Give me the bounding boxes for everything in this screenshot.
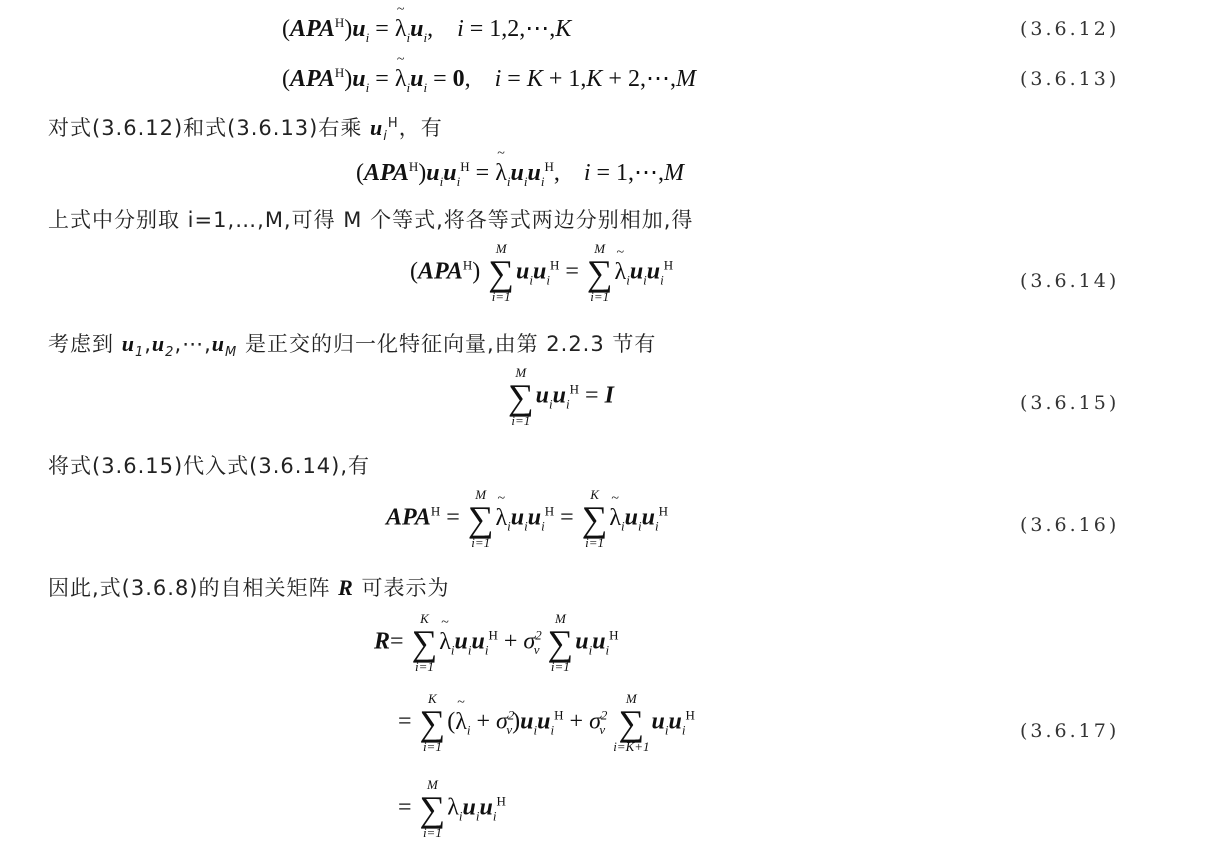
paragraph-text: 对式(3.6.12)和式(3.6.13)右乘 — [48, 116, 370, 140]
paragraph-orthonormal: 考虑到 u1,u2,⋯,uM 是正交的归一化特征向量,由第 2.2.3 节有 — [48, 328, 656, 360]
equation-3-6-17-line-3: = M∑i=1λiuiuiH — [398, 778, 506, 840]
equation-3-6-15: M∑i=1uiuiH = I — [506, 366, 614, 428]
equation-3-6-13: (APAH)ui = λiui = 0, i = K + 1,K + 2,⋯,M — [282, 64, 696, 96]
paragraph-substitute: 将式(3.6.15)代入式(3.6.14),有 — [48, 450, 370, 480]
equation-3-6-12: (APAH)ui = λiui, i = 1,2,⋯,K — [282, 14, 571, 46]
paragraph-text: 是正交的归一化特征向量,由第 2.2.3 节有 — [237, 332, 656, 356]
equation-3-6-16: APAH = M∑i=1λiuiuiH = K∑i=1λiuiuiH — [386, 488, 668, 550]
paragraph-autocorrelation: 因此,式(3.6.8)的自相关矩阵 R 可表示为 — [48, 572, 450, 602]
equation-number: (3.6.15) — [1020, 392, 1119, 414]
equation-number: (3.6.17) — [1020, 720, 1119, 742]
equation-3-6-14: (APAH) M∑i=1uiuiH = M∑i=1λiuiuiH — [410, 242, 673, 304]
paragraph-text: 因此,式(3.6.8)的自相关矩阵 — [48, 576, 338, 600]
equation-number: (3.6.14) — [1020, 270, 1119, 292]
equation-number: (3.6.13) — [1020, 68, 1119, 90]
paragraph-text: 考虑到 — [48, 332, 122, 356]
equation-3-6-17-line-1: R= K∑i=1λiuiuiH + σ2v M∑i=1uiuiH — [374, 612, 619, 674]
equation-unnumbered: (APAH)uiuiH = λiuiuiH, i = 1,⋯,M — [356, 158, 684, 190]
equation-number: (3.6.12) — [1020, 18, 1119, 40]
paragraph-right-multiply: 对式(3.6.12)和式(3.6.13)右乘 uiH，有 — [48, 112, 443, 144]
paragraph-text: ，有 — [399, 116, 443, 140]
equation-3-6-17-line-2: = K∑i=1(λi + σ2v)uiuiH + σ2v M∑i=K+1uiui… — [398, 692, 695, 754]
paragraph-text: 可表示为 — [354, 576, 450, 600]
equation-number: (3.6.16) — [1020, 514, 1119, 536]
paragraph-sum: 上式中分别取 i=1,…,M,可得 M 个等式,将各等式两边分别相加,得 — [48, 204, 693, 234]
